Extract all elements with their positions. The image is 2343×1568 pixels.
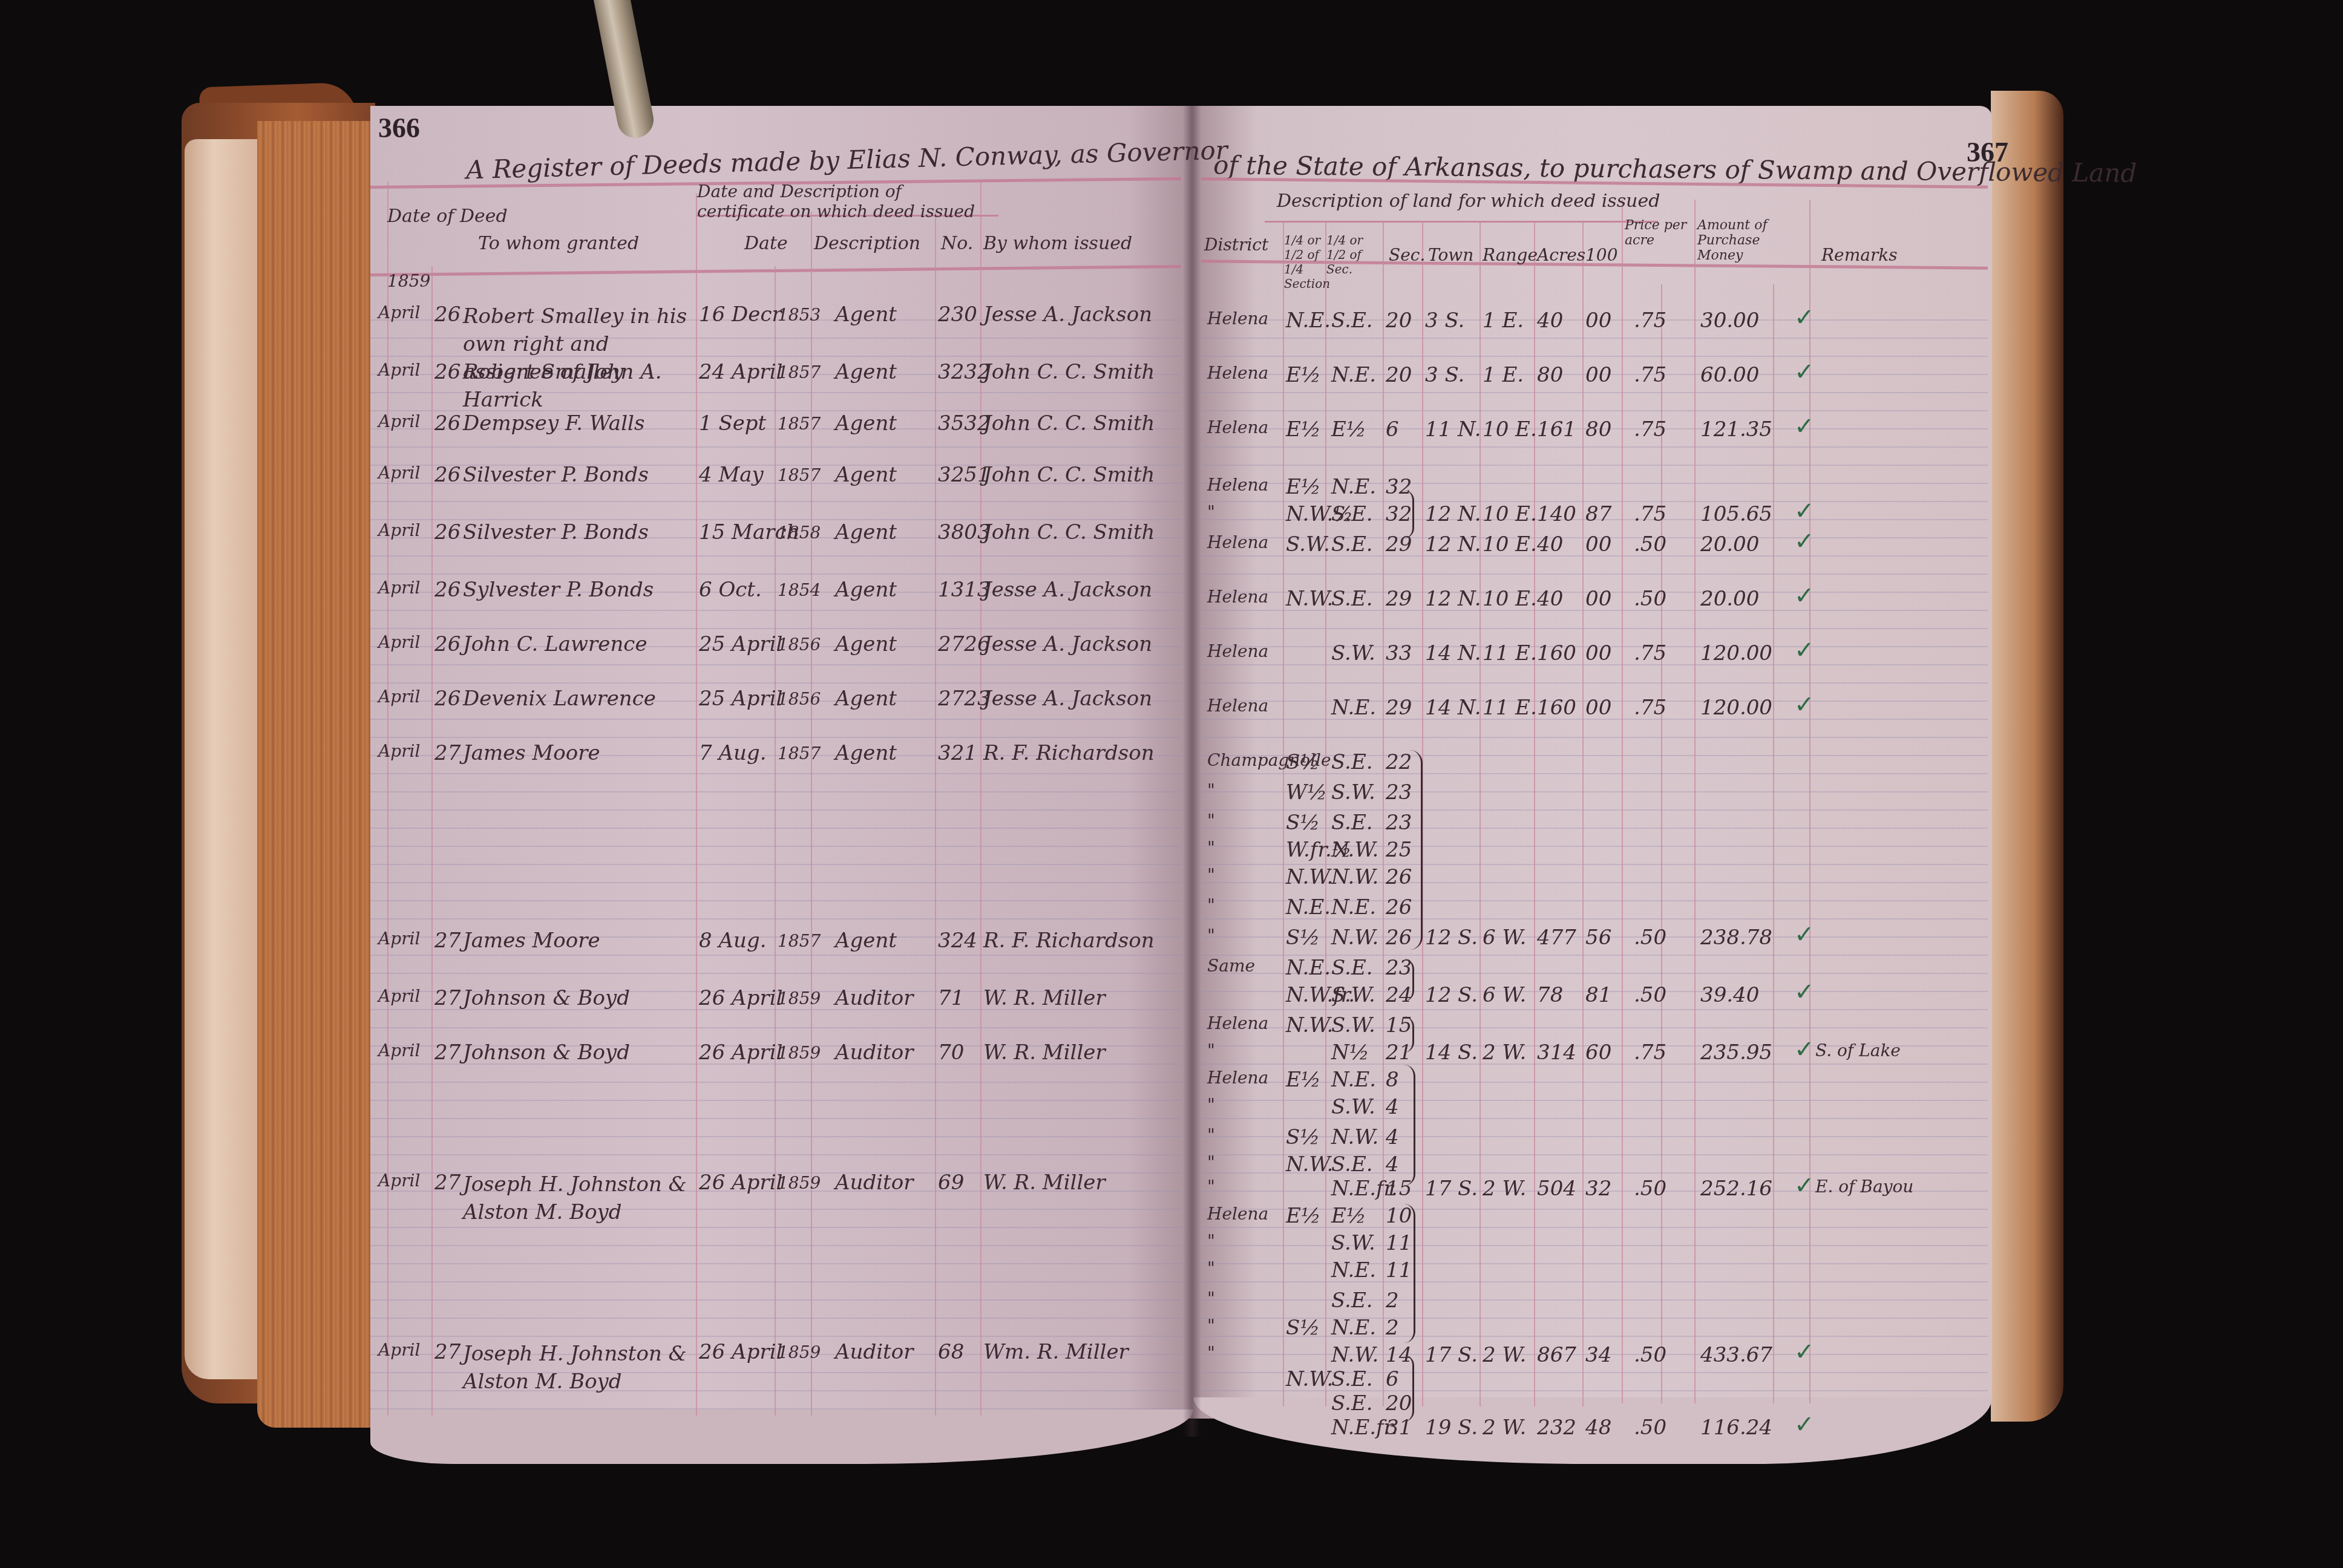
land-acres-hundredths: 00 xyxy=(1585,641,1611,665)
entry-cert-year: 1857 xyxy=(778,414,821,434)
land-section: 26 xyxy=(1386,865,1412,889)
land-acres-hundredths: 00 xyxy=(1585,309,1611,333)
entry-day: 26 xyxy=(434,302,460,327)
land-quarter: N.W. xyxy=(1331,865,1378,889)
hdr-hundredths: 100 xyxy=(1585,245,1617,265)
entry-month: April xyxy=(378,632,420,652)
land-acres-hundredths: 00 xyxy=(1585,587,1611,611)
brace-icon xyxy=(1404,1355,1414,1422)
land-purchase-amount: 39.40 xyxy=(1700,983,1759,1007)
checkmark-icon: ✓ xyxy=(1794,691,1815,719)
land-purchase-amount: 105.65 xyxy=(1700,502,1772,526)
entry-grantee: Dempsey F. Walls xyxy=(463,411,644,436)
entry-cert-description: Agent xyxy=(835,463,897,487)
entry-grantee: Johnson & Boyd xyxy=(463,1040,630,1065)
entry-grantee: Robert Smalley xyxy=(463,360,624,384)
land-range: 11 E. xyxy=(1483,641,1537,665)
entry-day: 27 xyxy=(434,1171,460,1195)
land-quarter: S.W. xyxy=(1331,780,1375,805)
hdr-sec: Sec. xyxy=(1389,245,1425,265)
entry-day: 27 xyxy=(434,986,460,1010)
col-rule xyxy=(431,266,433,1416)
entry-cert-year: 1856 xyxy=(778,689,821,709)
land-quarter: N½ xyxy=(1331,1040,1369,1065)
entry-cert-description: Agent xyxy=(835,302,897,327)
land-acres: 80 xyxy=(1537,363,1563,387)
entry-cert-date: 26 April xyxy=(699,1171,782,1195)
entry-day: 26 xyxy=(434,360,460,384)
land-section: 6 xyxy=(1386,1367,1399,1391)
land-price-per-acre: .50 xyxy=(1634,532,1666,557)
land-district: " xyxy=(1207,1316,1215,1336)
land-quarter: S.W. xyxy=(1331,1013,1375,1037)
entry-cert-year: 1859 xyxy=(778,1173,821,1193)
land-quarter-of-quarter: N.E. xyxy=(1286,956,1331,980)
entry-cert-description: Agent xyxy=(835,929,897,953)
entry-cert-year: 1859 xyxy=(778,1043,821,1063)
land-section: 2 xyxy=(1386,1289,1399,1313)
entry-issued-by: W. R. Miller xyxy=(983,986,1106,1010)
land-purchase-amount: 120.00 xyxy=(1700,696,1772,720)
land-price-per-acre: .75 xyxy=(1634,1040,1666,1065)
entry-cert-date: 6 Oct. xyxy=(699,578,762,602)
col-rule xyxy=(1325,221,1326,1406)
book-board-edge xyxy=(185,139,257,1379)
land-district: Helena xyxy=(1207,417,1268,437)
hdr-quarter: 1/4 or 1/2 of Sec. xyxy=(1326,233,1381,276)
entry-cert-date: 16 Decr xyxy=(699,302,782,327)
entry-cert-no: 69 xyxy=(938,1171,964,1195)
land-section: 29 xyxy=(1386,587,1412,611)
land-quarter: S.W. xyxy=(1331,1095,1375,1119)
land-acres: 40 xyxy=(1537,587,1563,611)
land-quarter: S.E. xyxy=(1331,750,1373,774)
entry-cert-year: 1857 xyxy=(778,362,821,382)
entry-month: April xyxy=(378,463,420,483)
entry-issued-by: Jesse A. Jackson xyxy=(983,302,1152,327)
land-district: Helena xyxy=(1207,1068,1268,1088)
entry-day: 26 xyxy=(434,687,460,711)
land-price-per-acre: .50 xyxy=(1634,1343,1666,1367)
land-quarter: N.W. xyxy=(1331,1343,1378,1367)
land-quarter-of-quarter: W½ xyxy=(1286,780,1327,805)
entry-issued-by: John C. C. Smith xyxy=(983,520,1155,544)
land-district: " xyxy=(1207,865,1215,885)
land-quarter: E½ xyxy=(1331,1204,1366,1228)
entry-day: 26 xyxy=(434,411,460,436)
land-purchase-amount: 252.16 xyxy=(1700,1177,1772,1201)
hdr-price: Price per acre xyxy=(1625,218,1691,248)
land-section: 8 xyxy=(1386,1068,1399,1092)
entry-cert-year: 1857 xyxy=(778,465,821,485)
land-section: 23 xyxy=(1386,780,1412,805)
land-price-per-acre: .75 xyxy=(1634,641,1666,665)
land-quarter-of-quarter: E½ xyxy=(1286,1204,1321,1228)
land-quarter: S.W. xyxy=(1331,1231,1375,1255)
land-range: 10 E. xyxy=(1483,417,1537,442)
land-acres-hundredths: 00 xyxy=(1585,532,1611,557)
land-district: " xyxy=(1207,1040,1215,1060)
checkmark-icon: ✓ xyxy=(1794,1172,1815,1200)
land-section: 23 xyxy=(1386,811,1412,835)
entry-cert-date: 26 April xyxy=(699,1040,782,1065)
land-price-per-acre: .75 xyxy=(1634,502,1666,526)
entry-cert-no: 68 xyxy=(938,1340,964,1364)
land-acres-hundredths: 34 xyxy=(1585,1343,1611,1367)
entry-issued-by: John C. C. Smith xyxy=(983,360,1155,384)
entry-month: April xyxy=(378,578,420,598)
land-section: 4 xyxy=(1386,1152,1399,1177)
land-district: " xyxy=(1207,1152,1215,1172)
checkmark-icon: ✓ xyxy=(1794,921,1815,949)
land-township: 14 S. xyxy=(1425,1040,1478,1065)
land-acres-hundredths: 00 xyxy=(1585,696,1611,720)
land-price-per-acre: .75 xyxy=(1634,696,1666,720)
entry-month: April xyxy=(378,360,420,380)
entry-issued-by: John C. C. Smith xyxy=(983,411,1155,436)
land-quarter-of-quarter: N.E. xyxy=(1286,309,1331,333)
entry-grantee: Devenix Lawrence xyxy=(463,687,656,711)
hdr-cert-no: No. xyxy=(941,233,973,254)
entry-cert-date: 25 April xyxy=(699,687,782,711)
land-acres: 40 xyxy=(1537,532,1563,557)
land-range: 2 W. xyxy=(1483,1040,1526,1065)
land-quarter: S.E. xyxy=(1331,1367,1373,1391)
land-acres-hundredths: 56 xyxy=(1585,926,1611,950)
col-rule xyxy=(1661,284,1662,1403)
land-district: Helena xyxy=(1207,532,1268,552)
entry-grantee: John C. Lawrence xyxy=(463,632,647,656)
land-section: 4 xyxy=(1386,1125,1399,1149)
land-district: " xyxy=(1207,926,1215,946)
land-quarter: S.W. xyxy=(1331,641,1375,665)
land-purchase-amount: 30.00 xyxy=(1700,309,1759,333)
land-price-per-acre: .50 xyxy=(1634,983,1666,1007)
land-district: " xyxy=(1207,502,1215,522)
entry-cert-no: 3232 xyxy=(938,360,991,384)
land-purchase-amount: 20.00 xyxy=(1700,587,1759,611)
entry-cert-no: 1313 xyxy=(938,578,991,602)
entry-cert-date: 25 April xyxy=(699,632,782,656)
entry-cert-description: Agent xyxy=(835,520,897,544)
col-rule xyxy=(1383,221,1384,1406)
land-quarter: S.E. xyxy=(1331,1152,1373,1177)
land-acres-hundredths: 87 xyxy=(1585,502,1611,526)
col-rule xyxy=(1582,221,1584,1406)
land-section: 4 xyxy=(1386,1095,1399,1119)
entry-cert-no: 324 xyxy=(938,929,977,953)
entry-cert-year: 1859 xyxy=(778,988,821,1008)
entry-cert-date: 1 Sept xyxy=(699,411,766,436)
land-quarter: N.W. xyxy=(1331,1125,1378,1149)
land-section: 25 xyxy=(1386,838,1412,862)
hdr-range: Range xyxy=(1483,245,1538,265)
land-district: " xyxy=(1207,1343,1215,1363)
land-range: 11 E. xyxy=(1483,696,1537,720)
land-section: 22 xyxy=(1386,750,1412,774)
hdr-district: District xyxy=(1204,235,1268,255)
entry-day: 26 xyxy=(434,520,460,544)
land-quarter: N.E. xyxy=(1331,696,1376,720)
land-range: 1 E. xyxy=(1483,363,1524,387)
land-quarter: S.E. xyxy=(1331,1289,1373,1313)
entry-cert-no: 2723 xyxy=(938,687,991,711)
land-quarter-of-quarter: N.W. xyxy=(1286,1152,1333,1177)
hdr-land-group: Description of land for which deed issue… xyxy=(1277,191,1660,212)
entry-cert-no: 230 xyxy=(938,302,977,327)
land-township: 3 S. xyxy=(1425,309,1464,333)
entry-cert-no: 2726 xyxy=(938,632,991,656)
checkmark-icon: ✓ xyxy=(1794,358,1815,386)
brace-icon xyxy=(1404,1016,1414,1053)
hdr-cert-date: Date xyxy=(744,233,788,254)
land-quarter: S.E. xyxy=(1331,502,1373,526)
land-section: 20 xyxy=(1386,309,1412,333)
land-township: 11 N. xyxy=(1425,417,1481,442)
left-page-number: 366 xyxy=(378,112,420,144)
land-acres-hundredths: 81 xyxy=(1585,983,1611,1007)
entry-cert-year: 1859 xyxy=(778,1342,821,1362)
left-page-bottom xyxy=(370,1410,1193,1464)
checkmark-icon: ✓ xyxy=(1794,1338,1815,1366)
hdr-year: 1859 xyxy=(387,271,430,291)
entry-day: 27 xyxy=(434,1340,460,1364)
entry-grantee: Joseph H. Johnston & Alston M. Boyd xyxy=(463,1171,693,1226)
land-remarks: E. of Bayou xyxy=(1815,1177,1913,1197)
brace-icon xyxy=(1404,959,1414,1001)
land-quarter: S.E. xyxy=(1331,309,1373,333)
entry-issued-by: R. F. Richardson xyxy=(983,929,1155,953)
land-quarter: S.E. xyxy=(1331,1391,1373,1416)
land-quarter: N.E. xyxy=(1331,475,1376,499)
land-township: 12 N. xyxy=(1425,502,1481,526)
land-acres-hundredths: 48 xyxy=(1585,1416,1611,1440)
land-acres: 160 xyxy=(1537,696,1576,720)
entry-cert-date: 7 Aug. xyxy=(699,741,766,765)
hdr-remarks: Remarks xyxy=(1821,245,1898,265)
entry-issued-by: Jesse A. Jackson xyxy=(983,687,1152,711)
land-price-per-acre: .75 xyxy=(1634,417,1666,442)
hdr-by-whom-issued: By whom issued xyxy=(983,233,1132,254)
land-quarter-of-quarter: E½ xyxy=(1286,1068,1321,1092)
entry-cert-no: 321 xyxy=(938,741,977,765)
land-district: " xyxy=(1207,780,1215,800)
entry-grantee: Robert Smalley in his own right and assi… xyxy=(463,302,693,414)
land-district: " xyxy=(1207,838,1215,858)
hdr-cert-description: Description xyxy=(814,233,920,254)
land-district: " xyxy=(1207,1125,1215,1145)
land-range: 6 W. xyxy=(1483,926,1526,950)
entry-cert-year: 1857 xyxy=(778,743,821,763)
col-rule xyxy=(1534,221,1535,1406)
land-township: 17 S. xyxy=(1425,1343,1478,1367)
checkmark-icon: ✓ xyxy=(1794,978,1815,1006)
land-quarter: S.E. xyxy=(1331,532,1373,557)
entry-month: April xyxy=(378,1171,420,1191)
land-quarter-of-quarter: N.W. xyxy=(1286,1367,1333,1391)
land-acres: 314 xyxy=(1537,1040,1576,1065)
land-quarter: N.E. xyxy=(1331,363,1376,387)
entry-cert-date: 26 April xyxy=(699,1340,782,1364)
land-quarter-of-quarter: S½ xyxy=(1286,811,1320,835)
land-purchase-amount: 235.95 xyxy=(1700,1040,1772,1065)
land-acres: 160 xyxy=(1537,641,1576,665)
entry-cert-date: 26 April xyxy=(699,986,782,1010)
land-section: 6 xyxy=(1386,417,1399,442)
land-quarter: N.E. xyxy=(1331,1316,1376,1340)
col-rule xyxy=(775,266,776,1416)
land-quarter-of-quarter: S½ xyxy=(1286,1125,1320,1149)
entry-cert-description: Agent xyxy=(835,360,897,384)
brace-icon xyxy=(1410,750,1423,950)
land-township: 14 N. xyxy=(1425,641,1481,665)
entry-month: April xyxy=(378,687,420,707)
land-district: Helena xyxy=(1207,696,1268,716)
entry-grantee: Joseph H. Johnston & Alston M. Boyd xyxy=(463,1340,693,1396)
land-district: Helena xyxy=(1207,587,1268,607)
land-acres-hundredths: 80 xyxy=(1585,417,1611,442)
land-price-per-acre: .50 xyxy=(1634,1416,1666,1440)
land-quarter: N.E. xyxy=(1331,1068,1376,1092)
land-quarter-of-quarter: N.W. xyxy=(1286,865,1333,889)
hdr-town: Town xyxy=(1428,245,1473,265)
entry-cert-year: 1857 xyxy=(778,931,821,951)
entry-cert-description: Agent xyxy=(835,741,897,765)
entry-cert-description: Agent xyxy=(835,687,897,711)
land-acres: 504 xyxy=(1537,1177,1576,1201)
col-rule xyxy=(1283,221,1284,1406)
brace-icon xyxy=(1404,1204,1415,1343)
entry-month: April xyxy=(378,520,420,540)
land-quarter-of-quarter: S½ xyxy=(1286,1316,1320,1340)
land-quarter-of-quarter: E½ xyxy=(1286,475,1321,499)
land-township: 12 N. xyxy=(1425,532,1481,557)
land-quarter-of-quarter: N.W. xyxy=(1286,587,1333,611)
entry-month: April xyxy=(378,1340,420,1360)
entry-cert-description: Agent xyxy=(835,578,897,602)
land-acres: 477 xyxy=(1537,926,1576,950)
entry-month: April xyxy=(378,411,420,431)
land-purchase-amount: 20.00 xyxy=(1700,532,1759,557)
land-purchase-amount: 121.35 xyxy=(1700,417,1772,442)
entry-issued-by: John C. C. Smith xyxy=(983,463,1155,487)
land-district: " xyxy=(1207,1289,1215,1308)
entry-cert-no: 3803 xyxy=(938,520,991,544)
entry-cert-year: 1853 xyxy=(778,305,821,325)
entry-cert-description: Auditor xyxy=(835,986,913,1010)
land-district: Same xyxy=(1207,956,1255,976)
land-acres: 140 xyxy=(1537,502,1576,526)
land-section: 26 xyxy=(1386,895,1412,920)
col-rule xyxy=(1480,221,1481,1406)
land-quarter: S.E. xyxy=(1331,811,1373,835)
land-township: 19 S. xyxy=(1425,1416,1478,1440)
land-quarter: N.E. xyxy=(1331,1258,1376,1282)
land-quarter-of-quarter: E½ xyxy=(1286,417,1321,442)
land-quarter: S.E. xyxy=(1331,587,1373,611)
hdr-to-whom-granted: To whom granted xyxy=(478,233,639,254)
entry-issued-by: Wm. R. Miller xyxy=(983,1340,1129,1364)
land-price-per-acre: .50 xyxy=(1634,926,1666,950)
land-acres: 161 xyxy=(1537,417,1576,442)
book-cover-right xyxy=(1991,91,2063,1422)
land-quarter-of-quarter: S½ xyxy=(1286,750,1320,774)
land-quarter-of-quarter: N.W. xyxy=(1286,1013,1333,1037)
land-acres: 78 xyxy=(1537,983,1563,1007)
entry-month: April xyxy=(378,986,420,1006)
entry-cert-description: Agent xyxy=(835,411,897,436)
entry-cert-date: 4 May xyxy=(699,463,764,487)
land-price-per-acre: .50 xyxy=(1634,587,1666,611)
land-price-per-acre: .75 xyxy=(1634,309,1666,333)
land-range: 10 E. xyxy=(1483,502,1537,526)
land-acres-hundredths: 60 xyxy=(1585,1040,1611,1065)
land-acres-hundredths: 00 xyxy=(1585,363,1611,387)
land-district: " xyxy=(1207,811,1215,831)
col-rule xyxy=(1622,200,1623,1403)
entry-day: 26 xyxy=(434,632,460,656)
land-purchase-amount: 120.00 xyxy=(1700,641,1772,665)
land-township: 14 N. xyxy=(1425,696,1481,720)
entry-grantee: Sylvester P. Bonds xyxy=(463,578,654,602)
land-quarter-of-quarter: S.W. xyxy=(1286,532,1330,557)
entry-grantee: James Moore xyxy=(463,929,600,953)
land-district: " xyxy=(1207,1231,1215,1251)
entry-month: April xyxy=(378,302,420,322)
entry-day: 26 xyxy=(434,463,460,487)
land-section: 33 xyxy=(1386,641,1412,665)
entry-day: 26 xyxy=(434,578,460,602)
land-section: 29 xyxy=(1386,696,1412,720)
land-purchase-amount: 116.24 xyxy=(1700,1416,1772,1440)
land-quarter: N.W. xyxy=(1331,926,1378,950)
col-rule xyxy=(935,212,936,1416)
entry-day: 27 xyxy=(434,1040,460,1065)
land-township: 12 N. xyxy=(1425,587,1481,611)
land-quarter-of-quarter: E½ xyxy=(1286,363,1321,387)
land-quarter-of-quarter: N.E. xyxy=(1286,895,1331,920)
entry-day: 27 xyxy=(434,929,460,953)
entry-cert-year: 1854 xyxy=(778,580,821,600)
entry-cert-no: 71 xyxy=(938,986,964,1010)
checkmark-icon: ✓ xyxy=(1794,1411,1815,1439)
land-township: 12 S. xyxy=(1425,926,1478,950)
land-range: 6 W. xyxy=(1483,983,1526,1007)
entry-cert-no: 3251 xyxy=(938,463,991,487)
land-subheader-rule xyxy=(1265,221,1658,223)
land-district: Helena xyxy=(1207,1204,1268,1224)
land-range: 2 W. xyxy=(1483,1177,1526,1201)
entry-issued-by: Jesse A. Jackson xyxy=(983,578,1152,602)
col-rule xyxy=(1773,284,1774,1403)
entry-cert-description: Agent xyxy=(835,632,897,656)
land-district: " xyxy=(1207,895,1215,915)
land-district: " xyxy=(1207,1095,1215,1115)
land-remarks: S. of Lake xyxy=(1815,1040,1901,1060)
land-purchase-amount: 238.78 xyxy=(1700,926,1772,950)
entry-cert-no: 3532 xyxy=(938,411,991,436)
land-purchase-amount: 60.00 xyxy=(1700,363,1759,387)
land-quarter: N.E. xyxy=(1331,895,1376,920)
entry-cert-no: 70 xyxy=(938,1040,964,1065)
page-stack-left xyxy=(257,121,372,1428)
col-rule xyxy=(696,194,697,1416)
land-quarter: S.W. xyxy=(1331,983,1375,1007)
checkmark-icon: ✓ xyxy=(1794,1036,1815,1063)
land-range: 10 E. xyxy=(1483,587,1537,611)
land-district: Helena xyxy=(1207,1013,1268,1033)
checkmark-icon: ✓ xyxy=(1794,304,1815,332)
